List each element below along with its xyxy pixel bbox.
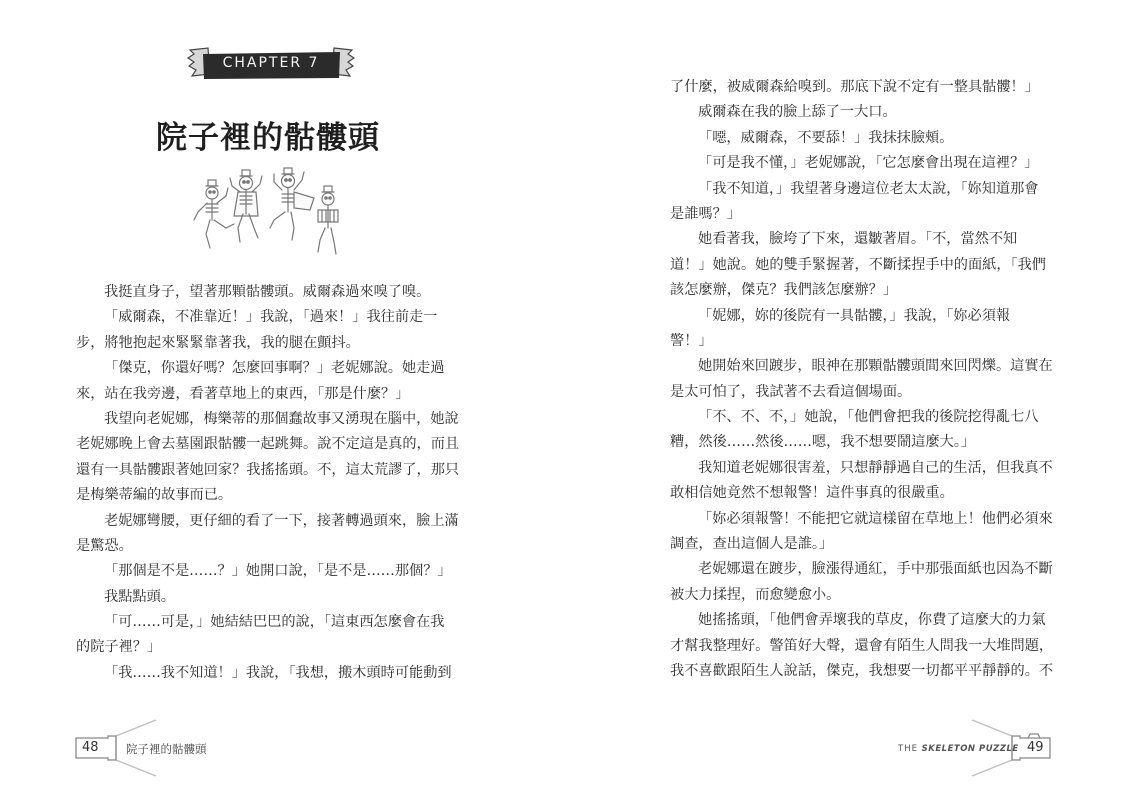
- text-line: 老妮娜彎腰，更仔細的看了一下，接著轉過頭來，臉上滿: [76, 509, 460, 534]
- text-line: 「傑克，你還好嗎？怎麼回事啊？」老妮娜說。她走過: [76, 356, 460, 381]
- text-line: 我點點頭。: [76, 585, 460, 610]
- left-page: CHAPTER 7 院子裡的骷髏頭: [0, 0, 564, 800]
- text-line: 我知道老妮娜很害羞，只想靜靜過自己的生活，但我真不: [670, 456, 1054, 481]
- running-title: 院子裡的骷髏頭: [126, 741, 207, 757]
- text-line: 警！」: [670, 329, 1054, 354]
- text-line: 「妮娜，妳的後院有一具骷髏，」我說，「妳必須報: [670, 304, 1054, 329]
- page-number: 49: [1027, 740, 1044, 755]
- text-line: 我挺直身子，望著那顆骷髏頭。威爾森過來嗅了嗅。: [76, 280, 460, 305]
- right-page-body: 了什麼，被威爾森給嗅到。那底下說不定有一整具骷髏！」 威爾森在我的臉上舔了一大口…: [670, 75, 1054, 684]
- text-line: 威爾森在我的臉上舔了一大口。: [670, 100, 1054, 125]
- text-line: 該怎麼辦，傑克？我們該怎麼辦？」: [670, 278, 1054, 303]
- text-line: 她開始來回踱步，眼神在那顆骷髏頭間來回閃爍。這實在: [670, 354, 1054, 379]
- left-page-body: 我挺直身子，望著那顆骷髏頭。威爾森過來嗅了嗅。 「威爾森，不准靠近！」我說，「過…: [76, 280, 460, 686]
- series-name: SKELETON PUZZLE: [922, 744, 1019, 754]
- chapter-title: 院子裡的骷髏頭: [150, 112, 386, 157]
- text-line: 我不喜歡跟陌生人說話，傑克，我想要一切都平平靜靜的。不: [670, 659, 1054, 684]
- text-line: 「我不知道，」我望著身邊這位老太太說，「妳知道那會: [670, 177, 1054, 202]
- text-line: 道！」她說。她的雙手緊握著，不斷揉捏手中的面紙，「我們: [670, 253, 1054, 278]
- text-line: 老妮娜還在踱步，臉漲得通紅，手中那張面紙也因為不斷: [670, 557, 1054, 582]
- text-line: 「我……我不知道！」我說，「我想，搬木頭時可能動到: [76, 661, 460, 686]
- chapter-banner: CHAPTER 7: [186, 44, 356, 84]
- dancing-skeletons-illustration: [184, 162, 356, 266]
- text-line: 是太可怕了，我試著不去看這個場面。: [670, 380, 1054, 405]
- page-number: 48: [82, 740, 99, 755]
- text-line: 她看著我，臉垮了下來，還皺著眉。「不，當然不知: [670, 227, 1054, 252]
- text-line: 「可……可是，」她結結巴巴的說，「這東西怎麼會在我: [76, 610, 460, 635]
- series-title: THE SKELETON PUZZLE: [898, 744, 1019, 754]
- text-line: 她搖搖頭，「他們會弄壞我的草皮，你費了這麼大的力氣: [670, 608, 1054, 633]
- text-line: 來，站在我旁邊，看著草地上的東西，「那是什麼？」: [76, 382, 460, 407]
- text-line: 「那個是不是……？」她開口說，「是不是……那個？」: [76, 559, 460, 584]
- text-line: 是誰嗎？」: [670, 202, 1054, 227]
- text-line: 糟，然後……然後……嗯，我不想要鬧這麼大。」: [670, 430, 1054, 455]
- text-line: 老妮娜晚上會去墓園跟骷髏一起跳舞。說不定這是真的，而且: [76, 432, 460, 457]
- text-line: 我望向老妮娜，梅樂蒂的那個蠢故事又湧現在腦中，她說: [76, 407, 460, 432]
- right-page-footer: THE SKELETON PUZZLE 49: [850, 718, 1070, 778]
- text-line: 被大力揉捏，而愈變愈小。: [670, 583, 1054, 608]
- text-line: 調查，查出這個人是誰。」: [670, 532, 1054, 557]
- text-line: 「不、不、不，」她說，「他們會把我的後院挖得亂七八: [670, 405, 1054, 430]
- text-line: 「威爾森，不准靠近！」我說，「過來！」我往前走一: [76, 305, 460, 330]
- left-page-footer: 48 院子裡的骷髏頭: [60, 718, 320, 778]
- text-line: 還有一具骷髏跟著她回家？我搖搖頭。不，這太荒謬了，那只: [76, 458, 460, 483]
- chapter-label: CHAPTER 7: [203, 55, 339, 71]
- series-prefix: THE: [898, 744, 918, 754]
- text-line: 是驚恐。: [76, 534, 460, 559]
- text-line: 步，將牠抱起來緊緊靠著我，我的腿在顫抖。: [76, 331, 460, 356]
- text-line: 的院子裡？」: [76, 635, 460, 660]
- text-line: 「可是我不懂，」老妮娜說，「它怎麼會出現在這裡？」: [670, 151, 1054, 176]
- text-line: 敢相信她竟然不想報警！這件事真的很嚴重。: [670, 481, 1054, 506]
- text-line: 才幫我整理好。警笛好大聲，還會有陌生人問我一大堆問題，: [670, 634, 1054, 659]
- right-page: 了什麼，被威爾森給嗅到。那底下說不定有一整具骷髏！」 威爾森在我的臉上舔了一大口…: [564, 0, 1128, 800]
- text-line: 「妳必須報警！不能把它就這樣留在草地上！他們必須來: [670, 507, 1054, 532]
- text-line: 是梅樂蒂編的故事而已。: [76, 483, 460, 508]
- text-line: 「噁，威爾森，不要舔！」我抹抹臉頰。: [670, 126, 1054, 151]
- skeleton-icon: [184, 162, 356, 266]
- text-line: 了什麼，被威爾森給嗅到。那底下說不定有一整具骷髏！」: [670, 75, 1054, 100]
